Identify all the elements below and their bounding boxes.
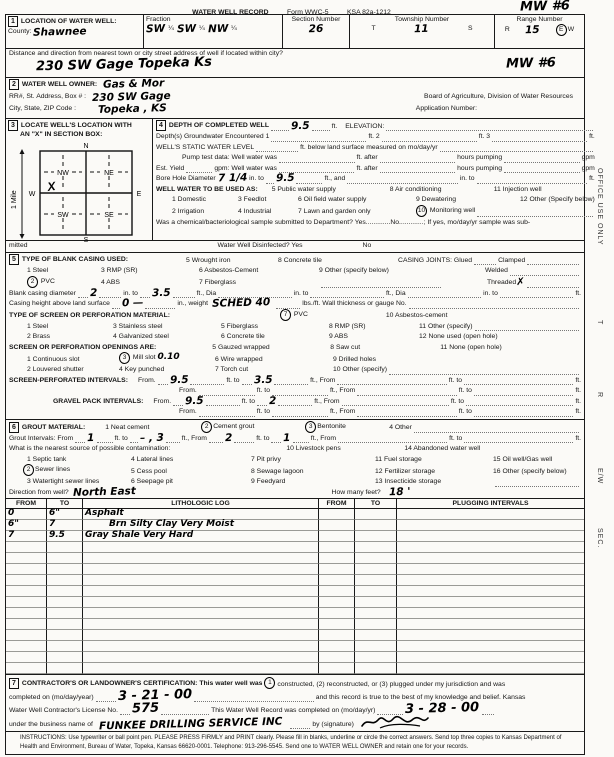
litho-empty-cell xyxy=(46,619,82,630)
s3-title-line2: AN "X" IN SECTION BOX: xyxy=(20,131,150,139)
section5-casing: 5TYPE OF BLANK CASING USED: 5 Wrought ir… xyxy=(6,253,584,420)
diam-in-to-2: in. to xyxy=(294,290,309,298)
signature xyxy=(360,715,430,729)
diam-ft-dia-2: ft., Dia xyxy=(386,290,406,298)
gpi2-end: ft. xyxy=(575,408,581,416)
openings-opt-1: 1 Continuous slot xyxy=(27,356,119,364)
grout-from-2: 2 xyxy=(225,432,233,443)
form-body: 1LOCATION OF WATER WELL: County:Shawnee … xyxy=(5,14,585,755)
fraction-3: NW xyxy=(208,24,229,35)
joints-threaded: Threaded xyxy=(487,279,516,287)
litho-empty-cell xyxy=(354,542,396,553)
contam-opt-10: 10 Livestock pens xyxy=(286,445,404,453)
grout-opt-2-circled: 2 xyxy=(201,421,212,433)
col-header-to-2: TO xyxy=(354,499,396,509)
litho-empty-cell xyxy=(82,652,318,663)
litho-row-plug xyxy=(396,531,584,542)
gpi-from: From. xyxy=(153,398,171,406)
mill-slot-value: 0.10 xyxy=(157,352,179,362)
section3-locate-box: 3LOCATE WELL'S LOCATION WITH AN "X" IN S… xyxy=(6,119,153,240)
bore-hole-label: Bore Hole Diameter xyxy=(156,175,216,183)
spi-end: ft. xyxy=(575,377,581,385)
diam-in-to-3: in. to xyxy=(483,290,498,298)
spi-from: From. xyxy=(138,377,156,385)
litho-empty-cell xyxy=(6,663,46,674)
litho-empty-cell xyxy=(318,641,354,652)
grout-to-1: – , 3 xyxy=(140,432,164,443)
litho-2-to: 9.5 xyxy=(49,530,65,540)
contam-opt-14: 14 Abandoned water well xyxy=(404,445,480,453)
township-t: T xyxy=(371,25,375,33)
sample-question: Was a chemical/bacteriological sample su… xyxy=(156,219,530,227)
litho-empty-cell xyxy=(318,597,354,608)
grout-to-label-3: ft. to xyxy=(449,435,462,443)
spi2-end: ft. xyxy=(575,387,581,395)
litho-empty-cell xyxy=(6,564,46,575)
record-date-value: 3 - 28 - 00 xyxy=(405,701,479,716)
pump-test-label: Pump test data: Well water was xyxy=(182,154,277,162)
s5-title: TYPE OF BLANK CASING USED: xyxy=(22,256,128,263)
yield-hours: hours pumping xyxy=(457,165,502,173)
openings-opt-9: 9 Drilled holes xyxy=(333,356,376,364)
gpi-from2: ft., From xyxy=(314,398,339,406)
litho-empty-cell xyxy=(6,553,46,564)
disinfected-row: mitted Water Well Disinfected? Yes No xyxy=(6,241,584,253)
spi-from2: ft., From xyxy=(310,377,335,385)
litho-1-from: 6" xyxy=(8,519,19,529)
pump-hours: hours pumping xyxy=(457,154,502,162)
litho-empty-cell xyxy=(46,597,82,608)
feet-value: 18 ' xyxy=(389,486,411,497)
screen-opt-2: 2 Brass xyxy=(27,333,113,341)
litho-empty-cell xyxy=(46,608,82,619)
owner-city-value: Topeka , KS xyxy=(98,103,167,115)
depth-completed-label: DEPTH OF COMPLETED WELL xyxy=(169,122,269,129)
litho-empty-cell xyxy=(396,575,584,586)
litho-empty-cell xyxy=(354,575,396,586)
litho-row-plug xyxy=(396,520,584,531)
litho-row-to: 9.5 xyxy=(46,531,82,542)
litho-row-from: 7 xyxy=(6,531,46,542)
s6-number: 6 xyxy=(9,422,19,433)
direction-label: Direction from well? xyxy=(9,489,69,497)
grout-opt-3-circled: 3 xyxy=(305,421,316,433)
openings-opt-4: 4 Key punched xyxy=(119,366,215,374)
litho-empty-cell xyxy=(396,564,584,575)
fraction-1: SW xyxy=(146,24,165,35)
screen-opt-3: 3 Stainless steel xyxy=(113,323,221,331)
litho-empty-cell xyxy=(396,553,584,564)
application-number-label: Application Number: xyxy=(416,105,477,113)
casing-opt-5: 5 Wrought iron xyxy=(186,257,278,265)
litho-empty-cell xyxy=(46,564,82,575)
township-s: S xyxy=(468,25,473,33)
s1-range-cell: Range Number R 15 EW xyxy=(494,15,584,48)
litho-empty-cell xyxy=(82,630,318,641)
static-level-tail: ft. below land surface measured on mo/da… xyxy=(300,144,438,152)
litho-empty-cell xyxy=(6,575,46,586)
litho-row-to2 xyxy=(354,520,396,531)
record-completed-label: This Water Well Record was completed on … xyxy=(211,707,375,715)
litho-1-log: Brn Silty Clay Very Moist xyxy=(109,519,234,529)
grout-to-label-2: ft. to xyxy=(256,435,269,443)
bore-diameter-1: 7 1/4 xyxy=(218,173,248,184)
use-as-label: WELL WATER TO BE USED AS: xyxy=(156,186,258,194)
litho-empty-cell xyxy=(396,542,584,553)
litho-row-from2 xyxy=(318,509,354,520)
contamination-question: What is the nearest source of possible c… xyxy=(9,445,170,453)
litho-empty-cell xyxy=(354,564,396,575)
litho-empty-cell xyxy=(82,586,318,597)
joints-clamped: Clamped xyxy=(498,257,525,265)
casing-opt-4: 4 ABS xyxy=(101,279,199,287)
well-id-handwritten-row: MW #6 xyxy=(506,56,556,70)
litho-row-from2 xyxy=(318,531,354,542)
owner-address-label: RR#, St. Address, Box # : xyxy=(9,93,86,101)
screen-interval-to: 3.5 xyxy=(253,374,272,385)
casing-opt-3: 3 RMP (SR) xyxy=(101,267,199,275)
openings-opt-2: 2 Louvered shutter xyxy=(27,366,119,374)
litho-empty-cell xyxy=(354,652,396,663)
well-id-handwritten-top: MW #6 xyxy=(520,0,570,14)
use-opt-8: 8 Air conditioning xyxy=(390,186,494,194)
col-header-plugging-intervals: PLUGGING INTERVALS xyxy=(396,499,584,509)
litho-2-from: 7 xyxy=(8,530,14,540)
contam-opt-2-circled: 2 xyxy=(23,464,34,476)
casing-opt-6: 6 Asbestos-Cement xyxy=(199,267,319,275)
screen-opt-1: 1 Steel xyxy=(27,323,113,331)
pump-after: ft. after xyxy=(357,154,378,162)
blank-depth-value: 3.5 xyxy=(152,287,171,298)
grout-from-label-3: ft., From xyxy=(311,435,336,443)
blank-diameter-value: 2 xyxy=(90,287,98,298)
est-yield-label: Est. Yield xyxy=(156,165,184,173)
spi-to: ft. to xyxy=(226,377,239,385)
litho-empty-cell xyxy=(318,630,354,641)
bore-end-ft: ft. xyxy=(589,175,595,183)
litho-empty-cell xyxy=(396,597,584,608)
yield-gpm: gpm xyxy=(582,165,595,173)
contam-opt-2-label: Sewer lines xyxy=(35,466,70,473)
screen-intervals-label: SCREEN-PERFORATED INTERVALS: xyxy=(9,377,128,385)
county-label: County: xyxy=(8,28,31,36)
section6-grout: 6GROUT MATERIAL: 1 Neat cement 2Cement g… xyxy=(6,420,584,500)
casing-opt-7: 7 Fiberglass xyxy=(199,279,319,287)
litho-empty-cell xyxy=(318,575,354,586)
screen-opt-6: 6 Concrete tile xyxy=(221,333,329,341)
depth-completed-value: 9.5 xyxy=(291,120,310,131)
litho-empty-cell xyxy=(82,641,318,652)
gw-2: ft. 2 xyxy=(368,133,379,141)
bore-mid: ft., and xyxy=(324,175,345,183)
grout-opt-3-label: Bentonite xyxy=(317,423,346,430)
use-opt-9: 9 Dewatering xyxy=(416,196,520,204)
grout-to-label-1: ft. to xyxy=(115,435,128,443)
threaded-check: ✗ xyxy=(516,277,525,288)
litho-empty-cell xyxy=(6,641,46,652)
bore-depth-1: 9.5 xyxy=(276,173,295,184)
litho-empty-cell xyxy=(46,663,82,674)
certification-line1b: constructed, (2) reconstructed, or (3) p… xyxy=(277,681,505,689)
litho-empty-cell xyxy=(396,619,584,630)
litho-empty-cell xyxy=(318,652,354,663)
litho-empty-cell xyxy=(396,652,584,663)
s1-township-cell: Township Number T 11 S xyxy=(349,15,494,48)
use-opt-10-circled: 10 xyxy=(416,205,427,217)
screen-opt-7-label: PVC xyxy=(294,311,308,318)
s2-title: WATER WELL OWNER: xyxy=(22,81,97,88)
completed-on-label: completed on (mo/day/year) xyxy=(9,694,94,702)
screen-opt-4: 4 Galvanized steel xyxy=(113,333,221,341)
range-number-label: Range Number xyxy=(497,16,582,24)
litho-empty-cell xyxy=(354,586,396,597)
range-r: R xyxy=(505,26,510,34)
distance-value: 230 SW Gage Topeka Ks xyxy=(36,56,212,74)
litho-row-plug xyxy=(396,509,584,520)
wall-thickness-label: lbs./ft. Wall thickness or gauge No. xyxy=(302,300,406,308)
section2-owner: 2WATER WELL OWNER: Gas & Mor RR#, St. Ad… xyxy=(6,78,584,119)
ft-label: ft. xyxy=(332,123,338,131)
gpi-end: ft. xyxy=(575,398,581,406)
litho-empty-cell xyxy=(318,619,354,630)
casing-height-label: Casing height above land surface xyxy=(9,300,110,308)
litho-0-to: 6" xyxy=(49,508,60,518)
grout-end-ft: ft. xyxy=(575,435,581,443)
contam-opt-16: 16 Other (specify below) xyxy=(493,468,567,476)
litho-row-from2 xyxy=(318,520,354,531)
screen-opt-11: 11 Other (specify) xyxy=(419,323,473,331)
use-opt-10-label: Monitoring well xyxy=(430,207,475,214)
gpi2-from2: ft., From xyxy=(330,408,355,416)
contam-opt-8: 8 Sewage lagoon xyxy=(251,468,375,476)
by-signature-label: by (signature) xyxy=(312,721,354,729)
screen-interval-from: 9.5 xyxy=(170,374,189,385)
board-label: Board of Agriculture, Division of Water … xyxy=(424,93,573,101)
openings-opt-8: 8 Saw cut xyxy=(330,344,440,352)
col-header-from-2: FROM xyxy=(318,499,354,509)
litho-empty-cell xyxy=(6,586,46,597)
litho-empty-cell xyxy=(396,641,584,652)
range-w: W xyxy=(568,26,574,33)
screen-opt-7-circled: 7 xyxy=(280,309,291,321)
contam-opt-12: 12 Fertilizer storage xyxy=(375,468,493,476)
gpi2-to2: ft. to xyxy=(459,408,472,416)
screen-opt-10: 10 Asbestos-cement xyxy=(386,312,448,320)
owner-value: Gas & Mor xyxy=(103,78,165,90)
litho-empty-cell xyxy=(354,608,396,619)
litho-empty-cell xyxy=(318,608,354,619)
weight-value: SCHED 40 xyxy=(212,297,270,309)
quarter-glyph: ¼ xyxy=(231,25,237,33)
blank-diameter-label: Blank casing diameter xyxy=(9,290,76,298)
gravel-interval-from: 9.5 xyxy=(185,395,204,406)
grout-intervals-label: Grout Intervals: From xyxy=(9,435,73,443)
office-ew-label: E/W xyxy=(596,468,603,484)
business-name-label: under the business name of xyxy=(9,721,93,729)
certification-title: CONTRACTOR'S OR LANDOWNER'S CERTIFICATIO… xyxy=(22,680,263,687)
use-opt-5: 5 Public water supply xyxy=(272,186,390,194)
section-number-value: 26 xyxy=(285,24,347,36)
nw-label: NW xyxy=(57,170,69,177)
litho-empty-cell xyxy=(354,553,396,564)
bore-in-to-2: in. to xyxy=(460,175,475,183)
litho-empty-cell xyxy=(6,597,46,608)
pump-gpm: gpm xyxy=(582,154,595,162)
screen-material-title: TYPE OF SCREEN OR PERFORATION MATERIAL: xyxy=(9,312,170,320)
s4-number: 4 xyxy=(156,120,166,131)
contam-opt-15: 15 Oil well/Gas well xyxy=(493,456,552,464)
litho-empty-cell xyxy=(82,663,318,674)
quarter-glyph: ¼ xyxy=(199,25,205,33)
litho-empty-cell xyxy=(6,608,46,619)
litho-empty-cell xyxy=(82,575,318,586)
litho-2-log: Gray Shale Very Hard xyxy=(85,530,193,540)
quarter-glyph: ¼ xyxy=(168,25,174,33)
contam-opt-4: 4 Lateral lines xyxy=(131,456,251,464)
screen-opt-5: 5 Fiberglass xyxy=(221,323,329,331)
gpi-to: ft. to xyxy=(242,398,255,406)
east-label: E xyxy=(137,191,142,198)
casing-opt-1: 1 Steel xyxy=(27,267,101,275)
use-opt-12: 12 Other (Specify below) xyxy=(520,196,595,204)
use-opt-3: 3 Feedlot xyxy=(238,196,298,204)
sw-label: SW xyxy=(57,212,69,219)
direction-value: North East xyxy=(73,486,136,498)
openings-opt-6: 6 Wire wrapped xyxy=(215,356,333,364)
litho-empty-cell xyxy=(82,608,318,619)
litho-empty-cell xyxy=(354,663,396,674)
contam-opt-5: 5 Cess pool xyxy=(131,468,251,476)
litho-0-from: 0 xyxy=(8,508,14,518)
litho-empty-cell xyxy=(318,564,354,575)
litho-empty-cell xyxy=(6,619,46,630)
litho-empty-cell xyxy=(46,586,82,597)
use-opt-4: 4 Industrial xyxy=(238,208,298,216)
office-sec-label: SEC. xyxy=(596,528,603,548)
gravel-interval-to: 2 xyxy=(269,395,277,406)
litho-empty-cell xyxy=(6,542,46,553)
litho-empty-cell xyxy=(6,652,46,663)
constructed-circled: 1 xyxy=(264,677,275,689)
use-opt-2: 2 Irrigation xyxy=(172,208,238,216)
screen-opt-8: 8 RMP (SR) xyxy=(329,323,419,331)
litho-empty-cell xyxy=(396,586,584,597)
spi2-to2: ft. to xyxy=(459,387,472,395)
disinfected-no: No xyxy=(363,242,372,250)
litho-empty-cell xyxy=(46,641,82,652)
section-box-diagram: 1 Mile NW NE SW SE N xyxy=(8,139,150,243)
litho-empty-cell xyxy=(354,641,396,652)
township-value: 11 xyxy=(414,24,429,35)
litho-row-log: Gray Shale Very Hard xyxy=(82,531,318,542)
north-label: N xyxy=(83,143,88,150)
contam-opt-7: 7 Pit privy xyxy=(251,456,375,464)
litho-empty-cell xyxy=(354,630,396,641)
litho-empty-cell xyxy=(82,619,318,630)
joints-welded: Welded xyxy=(485,267,508,275)
s2-number: 2 xyxy=(9,79,19,90)
litho-empty-cell xyxy=(318,542,354,553)
how-many-feet-label: How many feet? xyxy=(332,489,381,497)
one-mile-label: 1 Mile xyxy=(11,191,18,210)
section4-depth: 4DEPTH OF COMPLETED WELL 9.5 ft. ELEVATI… xyxy=(153,119,598,240)
s7-number: 7 xyxy=(9,678,19,689)
static-level-label: WELL'S STATIC WATER LEVEL xyxy=(156,144,254,152)
gravel-pack-label: GRAVEL PACK INTERVALS: xyxy=(53,398,143,406)
gw-3: ft. 3 xyxy=(479,133,490,141)
litho-row-to2 xyxy=(354,509,396,520)
owner-city-label: City, State, ZIP Code : xyxy=(9,105,76,113)
grout-opt-4: 4 Other xyxy=(389,424,412,432)
litho-empty-cell xyxy=(6,630,46,641)
se-label: SE xyxy=(104,212,114,219)
contam-opt-9: 9 Feedyard xyxy=(251,478,375,486)
contam-opt-1: 1 Septic tank xyxy=(27,456,131,464)
sample-mitted: mitted xyxy=(9,242,28,250)
s1-fraction-cell: Fraction SW¼ SW¼ NW¼ xyxy=(143,15,282,48)
groundwater-label: Depth(s) Groundwater Encountered 1 xyxy=(156,133,269,141)
range-value: 15 xyxy=(525,25,540,36)
s1-section-cell: Section Number 26 xyxy=(282,15,349,48)
use-opt-11: 11 Injection well xyxy=(494,186,542,194)
water-well-record-form: { "header": { "title": "WATER WELL RECOR… xyxy=(0,0,614,757)
fraction-2: SW xyxy=(177,24,196,35)
openings-opt-3-circled: 3 xyxy=(119,352,130,364)
contam-opt-11: 11 Fuel storage xyxy=(375,456,493,464)
elevation-label: ELEVATION: xyxy=(345,123,384,131)
license-label: Water Well Contractor's License No. xyxy=(9,707,118,715)
litho-0-log: Asphalt xyxy=(85,508,124,518)
gpi-to2: ft. to xyxy=(451,398,464,406)
s1-county-cell: 1LOCATION OF WATER WELL: County:Shawnee xyxy=(6,15,143,48)
instructions-text: INSTRUCTIONS: Use typewriter or ball poi… xyxy=(6,732,584,754)
grout-from-label-2: ft., From xyxy=(182,435,207,443)
litho-empty-cell xyxy=(318,586,354,597)
litho-1-to: 7 xyxy=(49,519,55,529)
grout-to-2: 1 xyxy=(283,432,291,443)
litho-empty-cell xyxy=(82,564,318,575)
litho-empty-cell xyxy=(82,553,318,564)
yield-after: ft. after xyxy=(356,165,377,173)
litho-empty-cell xyxy=(318,553,354,564)
well-x-mark: X xyxy=(45,179,57,194)
litho-empty-cell xyxy=(396,663,584,674)
openings-opt-11: 11 None (open hole) xyxy=(440,344,501,352)
litho-empty-cell xyxy=(396,608,584,619)
gpi2-to: ft. to xyxy=(257,408,270,416)
litho-empty-cell xyxy=(46,542,82,553)
county-value: Shawnee xyxy=(33,26,87,38)
use-opt-1: 1 Domestic xyxy=(172,196,238,204)
office-r-label: R xyxy=(596,392,603,398)
spi-to2: ft. to xyxy=(449,377,462,385)
s5-number: 5 xyxy=(9,254,19,265)
section1-distance-row: Distance and direction from nearest town… xyxy=(6,49,584,78)
bore-in-to: in. to xyxy=(249,175,264,183)
office-t-label: T xyxy=(596,320,603,325)
range-east-circled: E xyxy=(556,24,567,36)
screen-opt-9: 9 ABS xyxy=(329,333,419,341)
casing-opt-2-circled: 2 xyxy=(27,276,38,288)
ne-label: NE xyxy=(104,170,114,177)
use-opt-7: 7 Lawn and garden only xyxy=(298,208,416,216)
litho-empty-cell xyxy=(318,663,354,674)
section1-location: 1LOCATION OF WATER WELL: County:Shawnee … xyxy=(6,15,584,49)
gw-ft: ft. xyxy=(589,133,595,141)
contam-opt-6: 6 Seepage pit xyxy=(131,478,251,486)
litho-empty-cell xyxy=(46,652,82,663)
litho-empty-cell xyxy=(46,575,82,586)
